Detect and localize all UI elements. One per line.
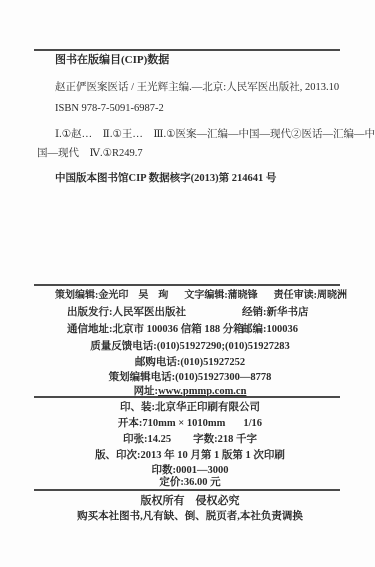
- sheets-line: 印张:14.25字数:218 千字: [35, 433, 345, 446]
- review-editor: 责任审读:周晓洲: [274, 289, 347, 302]
- text-editor: 文字编辑:蒲晓锋: [184, 289, 257, 302]
- copyright-notice: 版权所有 侵权必究: [35, 495, 345, 508]
- mail-order-phone-line: 邮购电话:(010)51927252: [35, 356, 345, 369]
- feedback-phone-line: 质量反馈电话:(010)51927290;(010)51927283: [35, 340, 345, 353]
- classification-line-2: 国—现代 Ⅳ.①R249.7: [37, 147, 143, 160]
- edition-line: 版、印次:2013 年 10 月第 1 版第 1 次印刷: [35, 449, 345, 462]
- planning-editor: 策划编辑:金光印 吴 珣: [55, 289, 168, 302]
- publisher: 出版发行:人民军医出版社: [67, 306, 186, 319]
- word-count: 字数:218 千字: [193, 434, 257, 445]
- isbn-line: ISBN 978-7-5091-6987-2: [55, 102, 164, 115]
- postal-address: 通信地址:北京市 100036 信箱 188 分箱: [67, 323, 244, 336]
- printer-line: 印、装:北京华正印刷有限公司: [35, 401, 345, 414]
- colophon-page: 图书在版编目(CIP)数据 赵正俨医案医话 / 王光辉主编.—北京:人民军医出版…: [0, 0, 375, 567]
- planning-editor-phone-line: 策划编辑电话:(010)51927300—8778: [35, 371, 345, 384]
- classification-line-1: Ⅰ.①赵… Ⅱ.①王… Ⅲ.①医案—汇编—中国—现代②医话—汇编—中: [55, 128, 375, 141]
- print-section-divider-line: [34, 396, 340, 398]
- exchange-notice: 购买本社图书,凡有缺、倒、脱页者,本社负责调换: [35, 510, 345, 523]
- printed-sheets: 印张:14.25: [123, 434, 171, 445]
- format-line: 开本:710mm × 1010mm1/16: [35, 417, 345, 430]
- notice-section-divider-line: [34, 489, 340, 491]
- postcode: 邮编:100036: [242, 323, 298, 336]
- cip-heading: 图书在版编目(CIP)数据: [55, 54, 169, 67]
- cip-record-number-line: 中国版本图书馆CIP 数据核字(2013)第 214641 号: [55, 172, 276, 185]
- book-title-line: 赵正俨医案医话 / 王光辉主编.—北京:人民军医出版社, 2013.10: [55, 81, 339, 94]
- staff-section-divider-line: [34, 284, 340, 286]
- editors-line: 策划编辑:金光印 吴 珣 文字编辑:蒲晓锋 责任审读:周晓洲: [55, 289, 347, 302]
- top-divider-line: [34, 49, 340, 51]
- format-size: 开本:710mm × 1010mm: [118, 418, 225, 429]
- distributor: 经销:新华书店: [242, 306, 309, 319]
- price-line: 定价:36.00 元: [35, 476, 345, 489]
- format-fraction: 1/16: [243, 418, 262, 429]
